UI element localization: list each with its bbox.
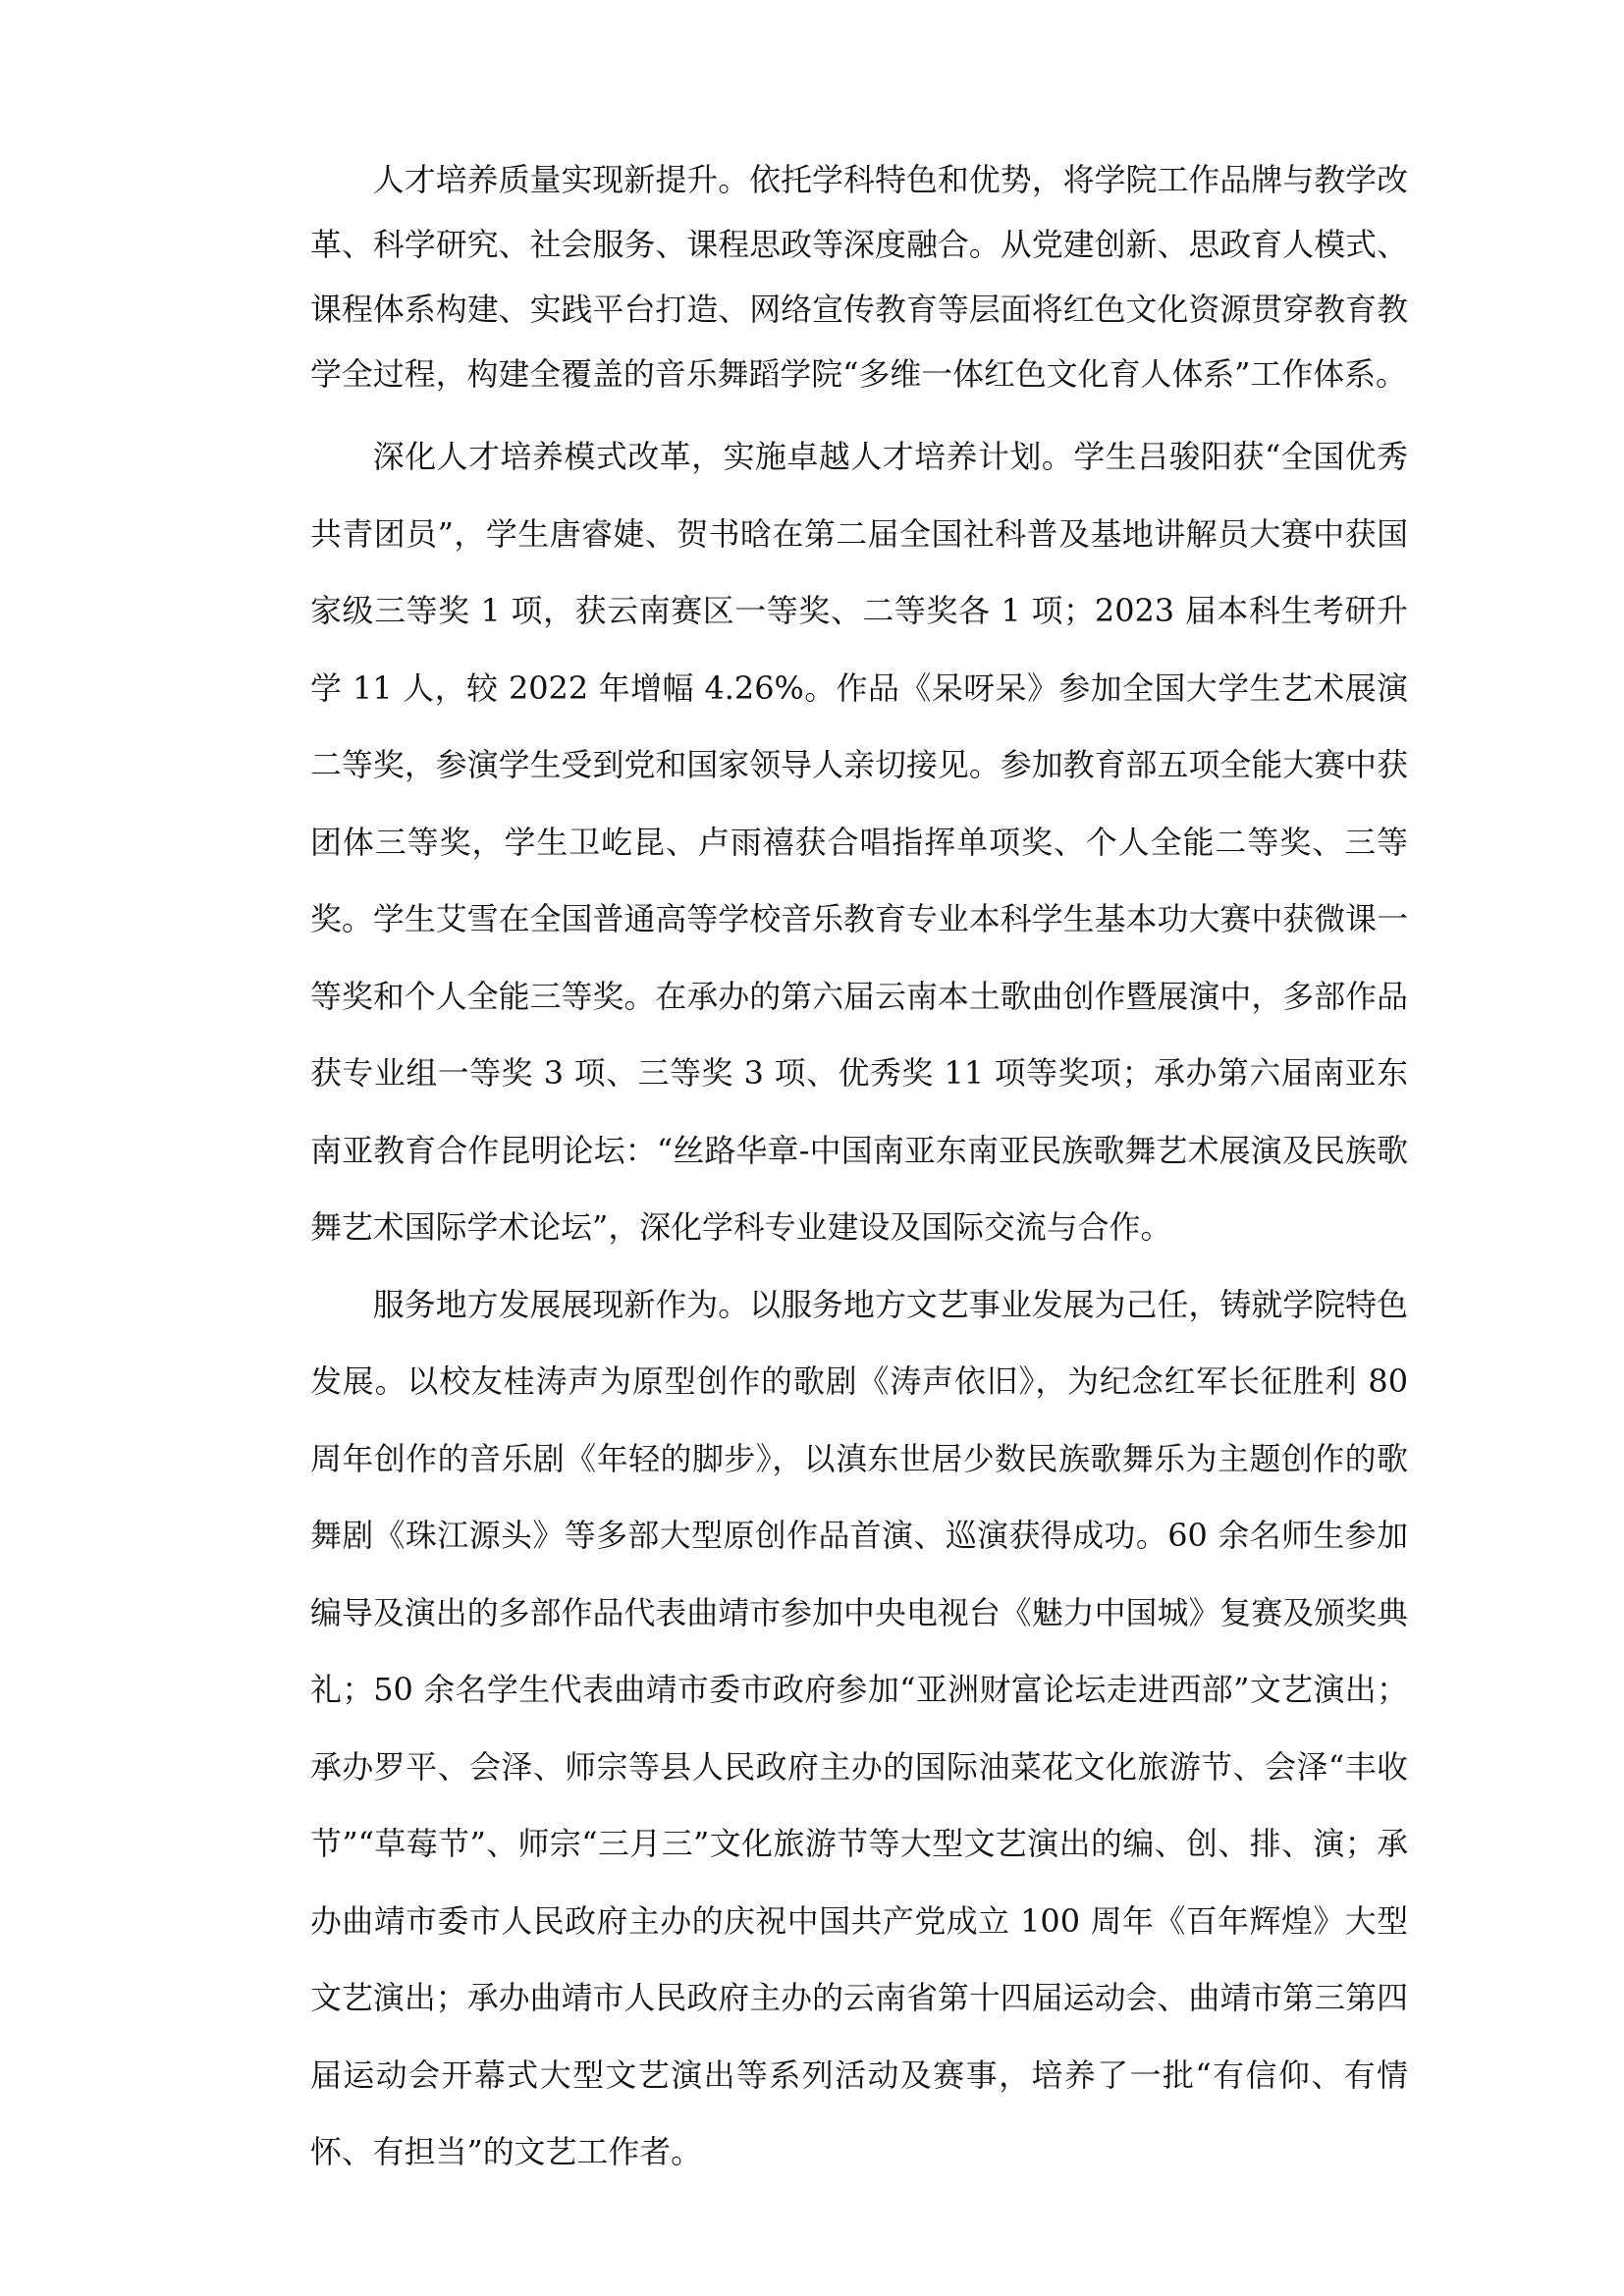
paragraph-serving-local-development: 服务地方发展展现新作为。以服务地方文艺事业发展为己任，铸就学院特色发展。以校友桂…	[310, 1266, 1408, 2191]
paragraph-training-model-reform: 深化人才培养模式改革，实施卓越人才培养计划。学生吕骏阳获“全国优秀共青团员”，学…	[310, 418, 1408, 1266]
document-page: 人才培养质量实现新提升。依托学科特色和优势，将学院工作品牌与教学改革、科学研究、…	[310, 147, 1408, 2191]
paragraph-talent-training-quality: 人才培养质量实现新提升。依托学科特色和优势，将学院工作品牌与教学改革、科学研究、…	[310, 147, 1408, 406]
